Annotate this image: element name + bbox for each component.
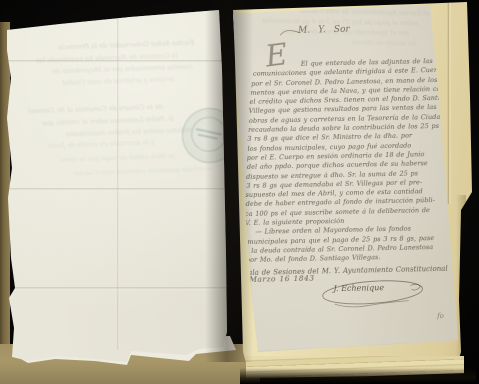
folder-crease [447, 2, 451, 204]
date-line: Marzo 16 1843 [249, 275, 314, 284]
ghost-line: de la Cámara de Comercio al Sr. Coronel [28, 104, 163, 115]
ghost-line: cuentas presentadas por el Mayordomo de [52, 64, 193, 75]
document-scan: Excmo Señor Gobernador de la Provincia l… [0, 0, 479, 384]
manuscript-line: ca 100 ps el que suscribe somete á la de… [245, 207, 430, 217]
signature: J. Echenique [333, 284, 384, 293]
ghost-line: D. Pedro Lanestosa sobre el crédito que [42, 116, 174, 127]
manuscript-line: 3 rs 8 gs que dice el Sr. Ministro de la… [247, 132, 412, 142]
ghost-line: propios y arbitrios de esta Ciudad [62, 76, 174, 86]
ghost-line: reclama contra los fondos municipales [66, 127, 193, 138]
ghost-line: se libre orden de pago por la suma [60, 153, 175, 164]
fold-crease-middle [8, 188, 226, 191]
fold-crease-bottom [10, 287, 226, 290]
ghost-line: y lo acordado en sesión de Junio [48, 139, 155, 149]
folder-bottom-shadow [240, 368, 476, 384]
manuscript-line: — Líbrese orden al Mayordomo de los fond… [255, 226, 411, 236]
folio-mark: fo [437, 313, 444, 320]
drop-cap: E [264, 40, 289, 73]
manuscript-line: á la deuda contraída al Sr. Coronel D. P… [245, 244, 434, 254]
signature-rubric-icon [314, 275, 431, 311]
manuscript-line: V. E. la siguiente proposición [245, 218, 344, 227]
page-gutter-shadow [205, 0, 253, 362]
salutation: M. Y. Sor [298, 26, 350, 36]
ghost-line: acordada quedando enterado este Cuerpo [74, 166, 213, 177]
ghost-line: Excmo Señor Gobernador de la Provincia [58, 40, 194, 51]
